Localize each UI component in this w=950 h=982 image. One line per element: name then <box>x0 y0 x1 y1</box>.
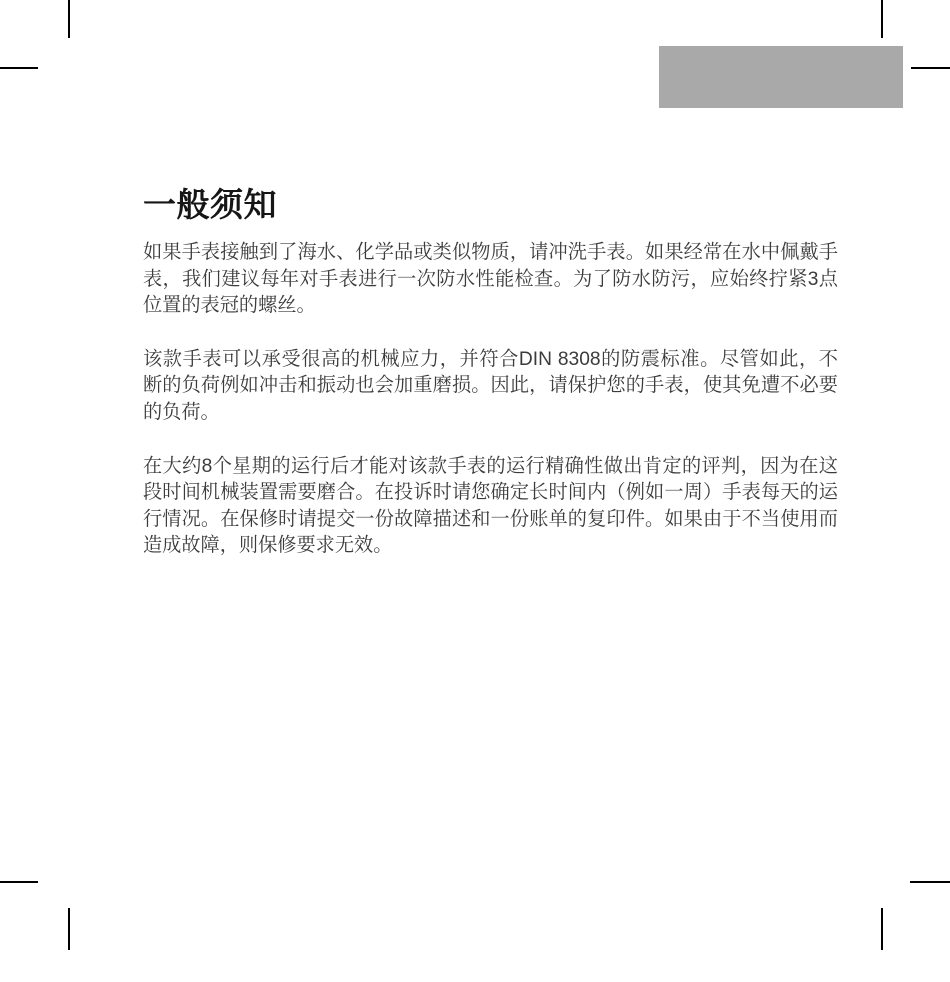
page-title: 一般须知 <box>143 185 277 225</box>
chapter-tab <box>659 46 903 108</box>
crop-mark-top-right-horizontal <box>911 67 950 69</box>
paragraph-shock-resistance: 该款手表可以承受很高的机械应力，并符合DIN 8308的防震标准。尽管如此，不断… <box>143 347 838 427</box>
crop-mark-top-left-vertical <box>68 0 70 38</box>
crop-mark-bottom-left-vertical <box>68 908 70 950</box>
body-text: 如果手表接触到了海水、化学品或类似物质，请冲洗手表。如果经常在水中佩戴手表，我们… <box>143 240 838 587</box>
crop-mark-bottom-right-vertical <box>881 908 883 950</box>
crop-mark-top-left-horizontal <box>0 67 38 69</box>
crop-mark-bottom-left-horizontal <box>0 881 38 883</box>
manual-page: 一般须知 如果手表接触到了海水、化学品或类似物质，请冲洗手表。如果经常在水中佩戴… <box>0 0 950 982</box>
paragraph-accuracy-warranty: 在大约8个星期的运行后才能对该款手表的运行精确性做出肯定的评判，因为在这段时间机… <box>143 454 838 560</box>
paragraph-rinse-watch: 如果手表接触到了海水、化学品或类似物质，请冲洗手表。如果经常在水中佩戴手表，我们… <box>143 240 838 320</box>
crop-mark-bottom-right-horizontal <box>910 881 950 883</box>
crop-mark-top-right-vertical <box>881 0 883 38</box>
